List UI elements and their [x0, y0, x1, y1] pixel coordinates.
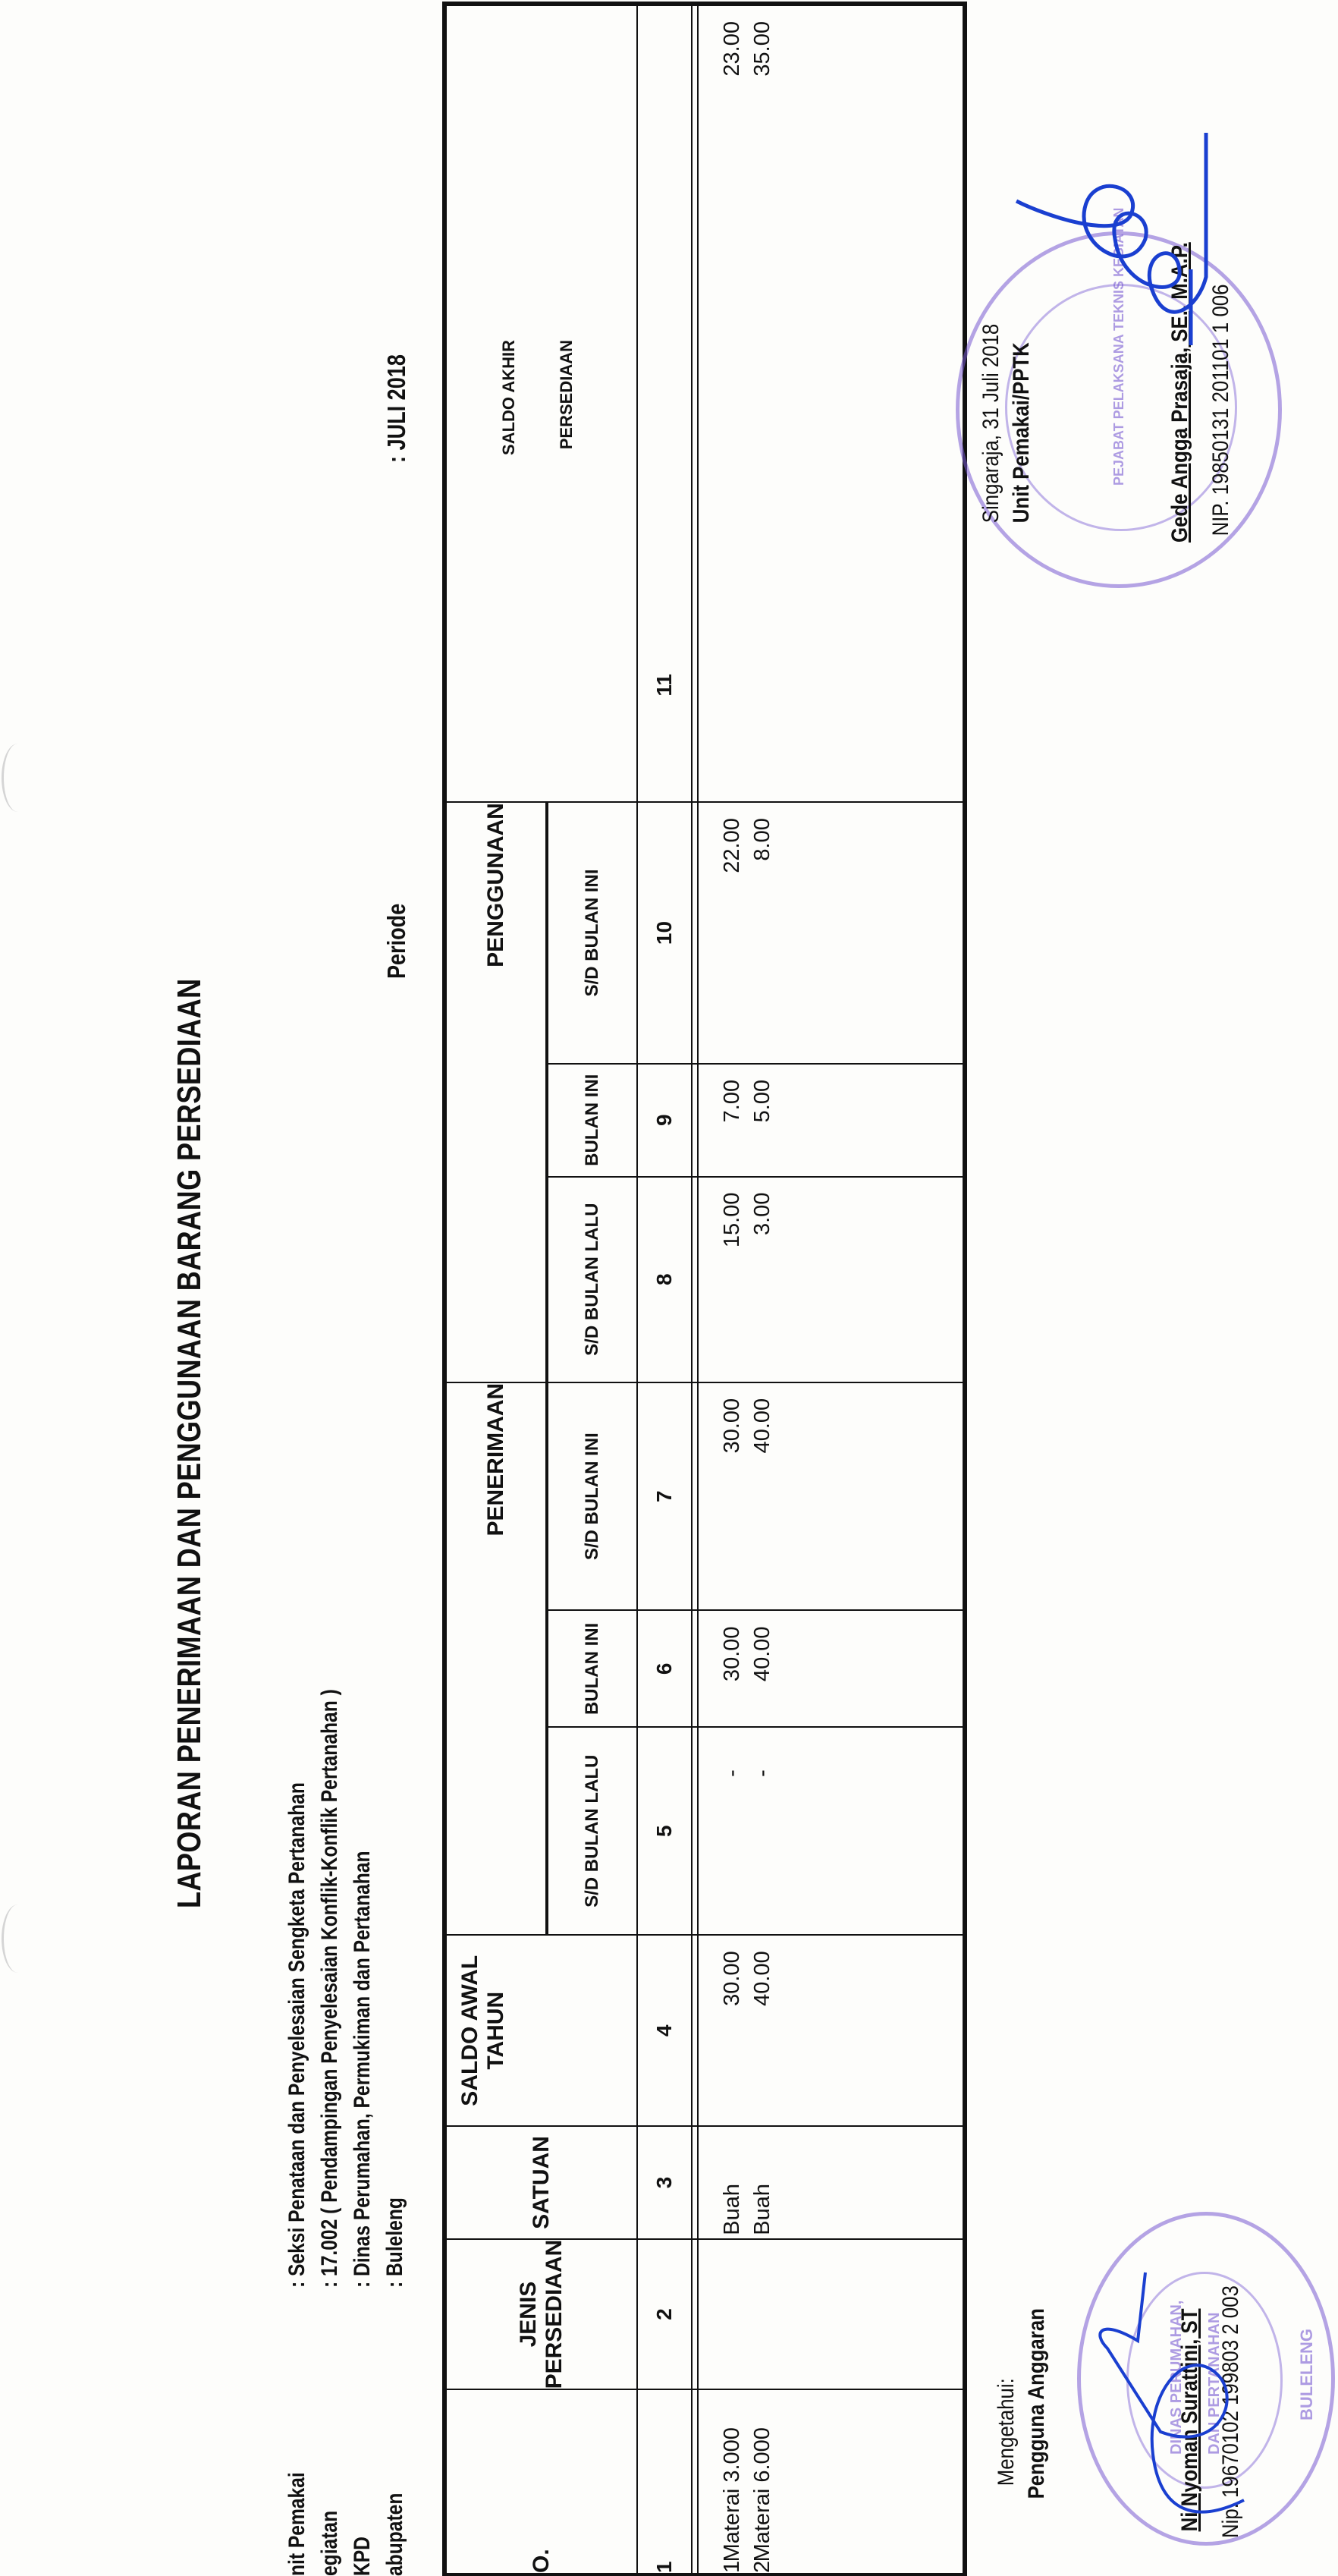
- colnum-7: 7: [637, 1382, 692, 1611]
- meta-value-skpd: : Dinas Perumahan, Permukiman dan Pertan…: [350, 1851, 375, 2288]
- period-label: Periode: [382, 904, 411, 979]
- meta-label-kabupaten: abupaten: [382, 2493, 408, 2576]
- colnum-9: 9: [637, 1064, 692, 1177]
- row-pen-sd-ini: 30.00: [717, 1383, 747, 1610]
- meta-label-kegiatan: egiatan: [317, 2511, 343, 2576]
- report-title: LAPORAN PENERIMAAN DAN PENGGUNAAN BARANG…: [171, 978, 209, 1908]
- place-date: Singaraja, 31 Juli 2018: [978, 242, 1004, 543]
- row-guna-sd-lalu: 3.00: [747, 1178, 777, 1382]
- col-guna-bulan-ini: 7.00 5.00: [698, 1064, 965, 1177]
- handwritten-signature-left: [1047, 2242, 1274, 2546]
- header-no: O.: [444, 2389, 637, 2575]
- colnum-3: 3: [637, 2126, 692, 2239]
- col-pen-sd-ini: 30.00 40.00: [698, 1382, 965, 1611]
- row-jenis: Materai 3.000: [717, 2240, 747, 2565]
- row-guna-bulan-ini: 7.00: [717, 1065, 747, 1176]
- meta-value-kabupaten: : Buleleng: [382, 2197, 408, 2288]
- punch-hole: [2, 744, 34, 812]
- row-saldo-akhir: 35.00: [747, 6, 777, 801]
- row-saldo-akhir: 23.00: [717, 6, 747, 801]
- header-saldo-akhir: SALDO AKHIR PERSEDIAAN: [444, 4, 637, 802]
- header-guna-sd-lalu: S/D BULAN LALU: [547, 1177, 637, 1382]
- stamp-text: BULELENG: [1297, 2329, 1317, 2420]
- row-pen-sd-lalu: -: [717, 1728, 747, 1934]
- header-saldo-awal: SALDO AWAL TAHUN: [444, 1935, 637, 2126]
- col-jenis: Materai 3.000 Materai 6.000: [698, 2239, 965, 2390]
- colnum-8: 8: [637, 1177, 692, 1382]
- row-guna-sd-ini: 8.00: [747, 803, 777, 1063]
- header-pen-sd-lalu: S/D BULAN LALU: [547, 1727, 637, 1935]
- inventory-table: O. JENIS PERSEDIAAN SATUAN SALDO AWAL TA…: [442, 2, 967, 2576]
- col-pen-sd-lalu: - -: [698, 1727, 965, 1935]
- colnum-10: 10: [637, 802, 692, 1064]
- colnum-2: 2: [637, 2239, 692, 2390]
- header-pen-bulan-ini: BULAN INI: [547, 1610, 637, 1727]
- header-pen-sd-ini: S/D BULAN INI: [547, 1382, 637, 1611]
- col-saldo-akhir: 23.00 35.00: [698, 4, 965, 802]
- col-guna-sd-ini: 22.00 8.00: [698, 802, 965, 1064]
- colnum-5: 5: [637, 1727, 692, 1935]
- row-jenis: Materai 6.000: [747, 2240, 777, 2565]
- col-pen-bulan-ini: 30.00 40.00: [698, 1610, 965, 1727]
- header-jenis: JENIS PERSEDIAAN: [444, 2239, 637, 2390]
- colnum-1: 1: [637, 2389, 692, 2575]
- colnum-4: 4: [637, 1935, 692, 2126]
- handwritten-signature-right: [1001, 72, 1252, 391]
- budget-user-role: Pengguna Anggaran: [1024, 2285, 1050, 2538]
- colnum-6: 6: [637, 1610, 692, 1727]
- row-satuan: Buah: [747, 2127, 777, 2238]
- col-guna-sd-lalu: 15.00 3.00: [698, 1177, 965, 1382]
- header-penggunaan: PENGGUNAAN: [444, 802, 547, 1382]
- acknowledged-label: Mengetahui:: [994, 2285, 1019, 2538]
- row-guna-sd-ini: 22.00: [717, 803, 747, 1063]
- scanned-report-page: LAPORAN PENERIMAAN DAN PENGGUNAAN BARANG…: [0, 0, 1338, 2576]
- meta-label-unit: nit Pemakai: [284, 2472, 310, 2576]
- col-satuan: Buah Buah: [698, 2126, 965, 2239]
- row-pen-sd-ini: 40.00: [747, 1383, 777, 1610]
- punch-hole: [2, 1904, 34, 1973]
- row-pen-sd-lalu: -: [747, 1728, 777, 1934]
- meta-value-unit: : Seksi Penataan dan Penyelesaian Sengke…: [284, 1782, 310, 2288]
- header-saldo-akhir-line2: PERSEDIAAN: [557, 340, 576, 1135]
- row-pen-bulan-ini: 30.00: [717, 1611, 747, 1726]
- row-satuan: Buah: [717, 2127, 747, 2238]
- header-penerimaan: PENERIMAAN: [444, 1382, 547, 1935]
- row-saldo-awal: 40.00: [747, 1936, 777, 2125]
- row-pen-bulan-ini: 40.00: [747, 1611, 777, 1726]
- col-saldo-awal: 30.00 40.00: [698, 1935, 965, 2126]
- header-satuan: SATUAN: [444, 2126, 637, 2239]
- row-guna-bulan-ini: 5.00: [747, 1065, 777, 1176]
- meta-label-skpd: KPD: [350, 2537, 375, 2576]
- row-saldo-awal: 30.00: [717, 1936, 747, 2125]
- colnum-11: 11: [637, 4, 692, 802]
- period-value: : JULI 2018: [382, 354, 411, 463]
- meta-value-kegiatan: : 17.002 ( Pendampingan Penyelesaian Kon…: [317, 1689, 343, 2288]
- row-guna-sd-lalu: 15.00: [717, 1178, 747, 1382]
- header-saldo-akhir-line1: SALDO AKHIR: [499, 340, 519, 1135]
